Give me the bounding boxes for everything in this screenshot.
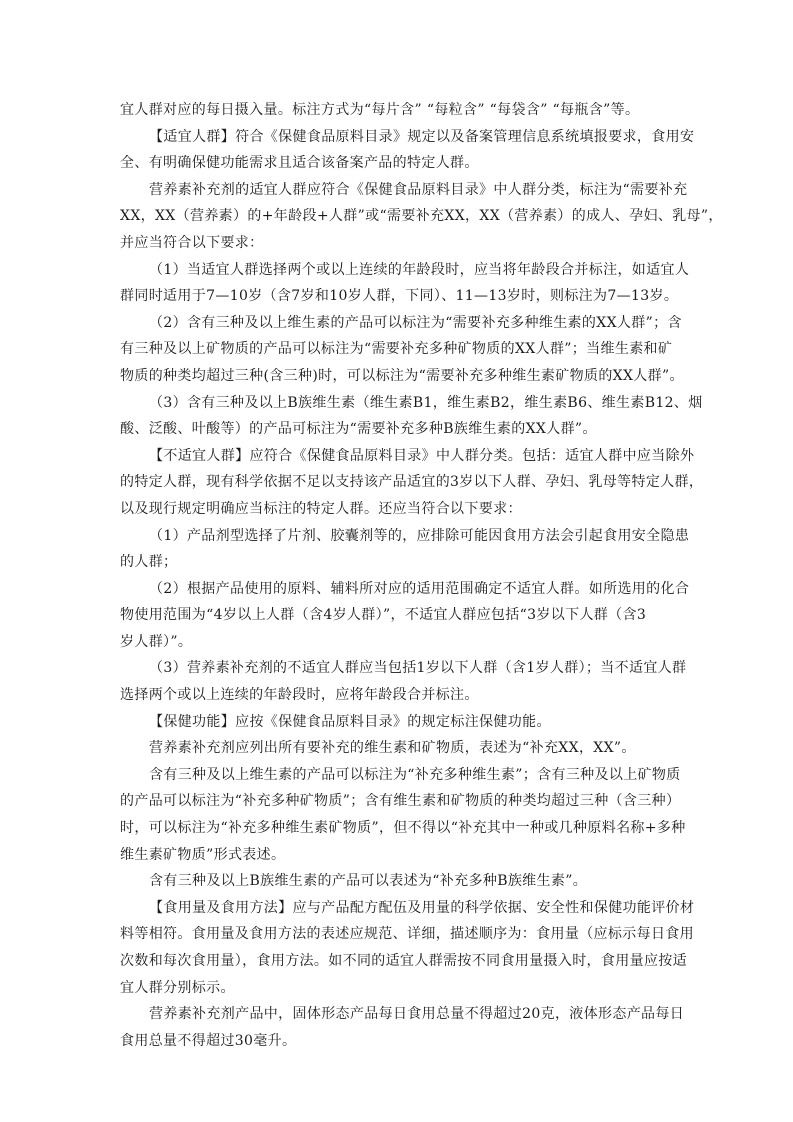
list-item-2: （2）根据产品使用的原料、辅料所对应的适用范围确定不适宜人群。如所选用的化合 xyxy=(120,576,676,603)
text-line: 营养素补充剂产品中，固体形态产品每日食用总量不得超过20克，液体形态产品每日 xyxy=(120,1001,676,1028)
text-line: 营养素补充剂应列出所有要补充的维生素和矿物质，表述为“补充XX，XX”。 xyxy=(120,735,676,762)
text-line: 以及现行规定明确应当标注的特定人群。还应当符合以下要求： xyxy=(120,496,676,523)
text-line: 次数和每次食用量），食用方法。如不同的适宜人群需按不同食用量摄入时，食用量应按适 xyxy=(120,948,676,975)
list-item-3: （3）营养素补充剂的不适宜人群应当包括1岁以下人群（含1岁人群）；当不适宜人群 xyxy=(120,655,676,682)
text-line: 的人群； xyxy=(120,549,676,576)
text-line: 的产品可以标注为“补充多种矿物质”；含有维生素和矿物质的种类均超过三种（含三种） xyxy=(120,788,676,815)
text-line: 岁人群）”。 xyxy=(120,629,676,656)
text-line: 宜人群分别标示。 xyxy=(120,975,676,1002)
section-heading-unsuitable-population: 【不适宜人群】应符合《保健食品原料目录》中人群分类。包括：适宜人群中应当除外 xyxy=(120,443,676,470)
text-line: 群同时适用于7—10岁（含7岁和10岁人群，下同）、11—13岁时，则标注为7—… xyxy=(120,283,676,310)
text-line: 物质的种类均超过三种(含三种)时，可以标注为“需要补充多种维生素矿物质的XX人群… xyxy=(120,363,676,390)
text-line: 营养素补充剂的适宜人群应符合《保健食品原料目录》中人群分类，标注为“需要补充 xyxy=(120,177,676,204)
text-line: XX，XX（营养素）的+年龄段+人群”或“需要补充XX，XX（营养素）的成人、孕… xyxy=(120,203,676,230)
text-line: 料等相符。食用量及食用方法的表述应规范、详细，描述顺序为：食用量（应标示每日食用 xyxy=(120,921,676,948)
text-line: 维生素矿物质”形式表述。 xyxy=(120,842,676,869)
text-line: 选择两个或以上连续的年龄段时，应将年龄段合并标注。 xyxy=(120,682,676,709)
text-line: 并应当符合以下要求： xyxy=(120,230,676,257)
text-line: 的特定人群，现有科学依据不足以支持该产品适宜的3岁以下人群、孕妇、乳母等特定人群… xyxy=(120,469,676,496)
text-line: 时，可以标注为“补充多种维生素矿物质”，但不得以“补充其中一种或几种原料名称+多… xyxy=(120,815,676,842)
list-item-2: （2）含有三种及以上维生素的产品可以标注为“需要补充多种维生素的XX人群”；含 xyxy=(120,310,676,337)
document-page: 宜人群对应的每日摄入量。标注方式为“每片含” “每粒含” “每袋含” “每瓶含”… xyxy=(120,97,676,1054)
text-line: 有三种及以上矿物质的产品可以标注为“需要补充多种矿物质的XX人群”；当维生素和矿 xyxy=(120,336,676,363)
section-heading-suitable-population: 【适宜人群】符合《保健食品原料目录》规定以及备案管理信息系统填报要求，食用安 xyxy=(120,124,676,151)
section-heading-health-function: 【保健功能】应按《保健食品原料目录》的规定标注保健功能。 xyxy=(120,709,676,736)
text-line: 食用总量不得超过30毫升。 xyxy=(120,1028,676,1055)
text-line: 酸、泛酸、叶酸等）的产品可标注为“需要补充多种B族维生素的XX人群”。 xyxy=(120,416,676,443)
text-line: 物使用范围为“4岁以上人群（含4岁人群）”，不适宜人群应包括“3岁以下人群（含3 xyxy=(120,602,676,629)
text-line: 含有三种及以上维生素的产品可以标注为“补充多种维生素”；含有三种及以上矿物质 xyxy=(120,762,676,789)
list-item-3: （3）含有三种及以上B族维生素（维生素B1，维生素B2，维生素B6、维生素B12… xyxy=(120,390,676,417)
text-line: 含有三种及以上B族维生素的产品可以表述为“补充多种B族维生素”。 xyxy=(120,868,676,895)
section-heading-dosage-and-usage: 【食用量及食用方法】应与产品配方配伍及用量的科学依据、安全性和保健功能评价材 xyxy=(120,895,676,922)
text-line: 宜人群对应的每日摄入量。标注方式为“每片含” “每粒含” “每袋含” “每瓶含”… xyxy=(120,97,676,124)
list-item-1: （1）当适宜人群选择两个或以上连续的年龄段时，应当将年龄段合并标注，如适宜人 xyxy=(120,257,676,284)
list-item-1: （1）产品剂型选择了片剂、胶囊剂等的，应排除可能因食用方法会引起食用安全隐患 xyxy=(120,523,676,550)
text-line: 全、有明确保健功能需求且适合该备案产品的特定人群。 xyxy=(120,150,676,177)
